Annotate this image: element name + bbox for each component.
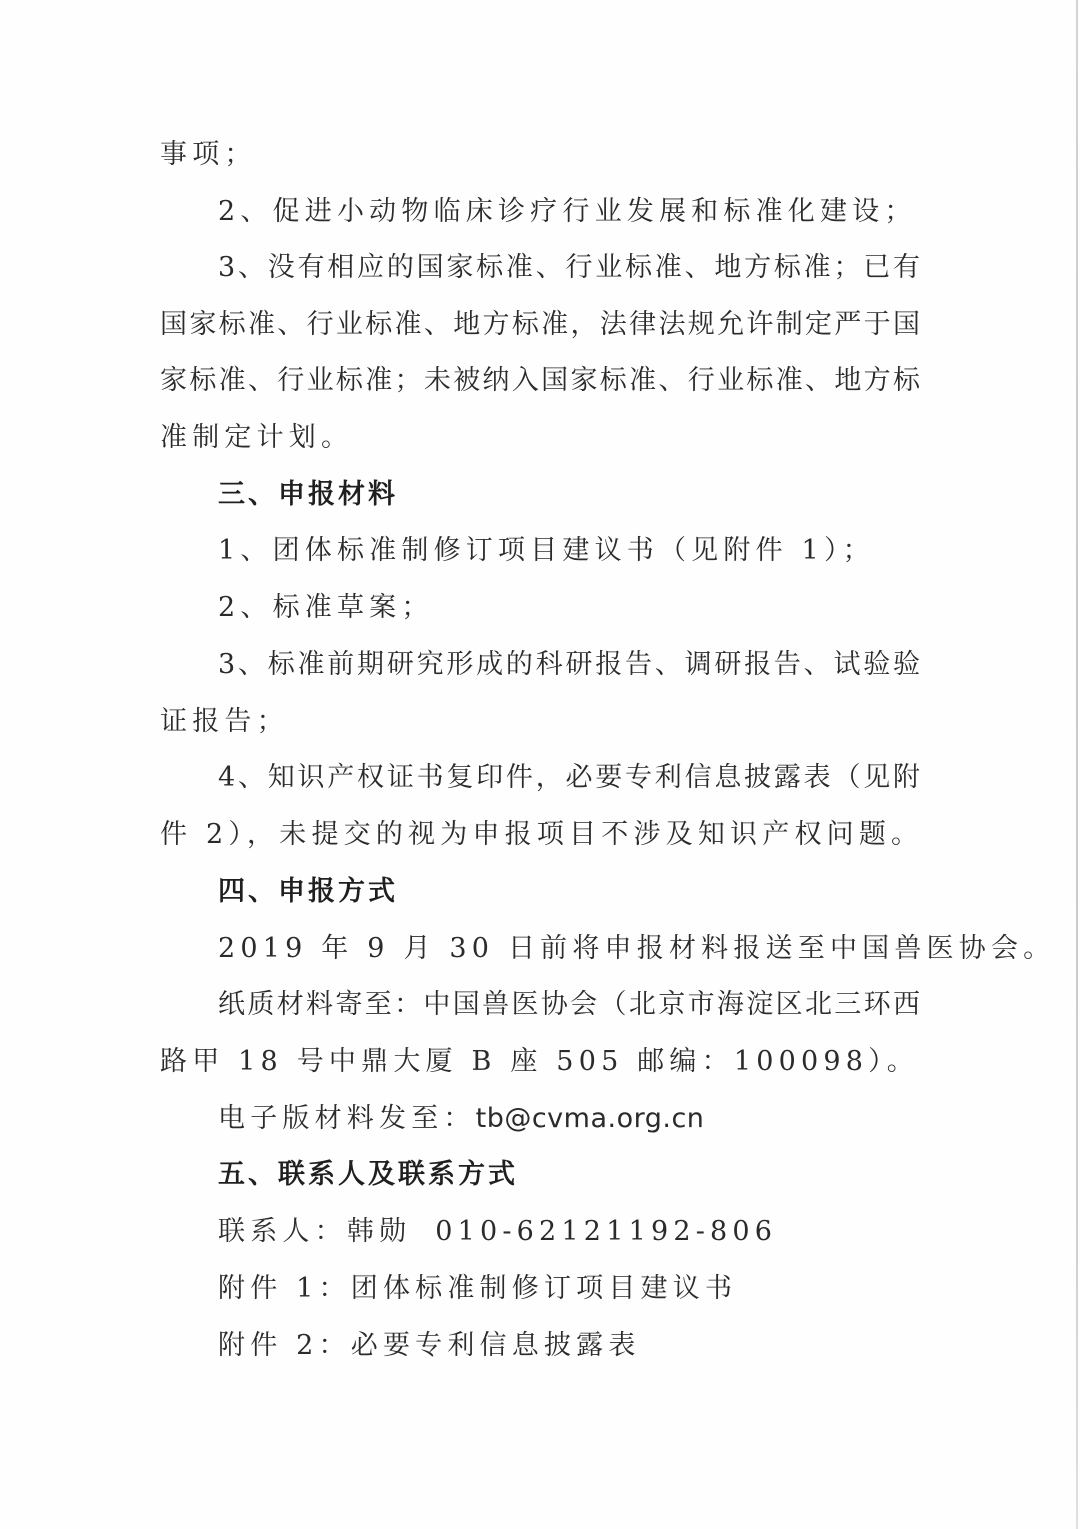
electronic-label: 电子版材料发至： — [218, 1103, 476, 1134]
contact-phone: 010-62121192-806 — [435, 1216, 777, 1247]
materials-item-3-line1: 3、标准前期研究形成的科研报告、调研报告、试验验 — [218, 645, 920, 685]
materials-item-3-line2: 证报告； — [160, 702, 920, 742]
scan-edge-line — [1076, 0, 1078, 1529]
document-page: 事项； 2、促进小动物临床诊疗行业发展和标准化建设； 3、没有相应的国家标准、行… — [0, 0, 1080, 1529]
materials-item-2: 2、标准草案； — [218, 588, 920, 628]
materials-item-4-line1: 4、知识产权证书复印件，必要专利信息披露表（见附 — [218, 758, 920, 798]
section-heading-submission: 四、申报方式 — [218, 872, 920, 912]
requirement-item-3-line1: 3、没有相应的国家标准、行业标准、地方标准；已有 — [218, 248, 920, 288]
paper-address-line2: 路甲 18 号中鼎大厦 B 座 505 邮编：100098）。 — [160, 1042, 920, 1082]
requirement-item-2: 2、促进小动物临床诊疗行业发展和标准化建设； — [218, 192, 920, 232]
contact-label: 联系人： — [218, 1216, 347, 1247]
requirement-item-3-line2: 国家标准、行业标准、地方标准，法律法规允许制定严于国 — [160, 305, 920, 345]
materials-item-4-line2: 件 2），未提交的视为申报项目不涉及知识产权问题。 — [160, 815, 920, 855]
materials-item-1: 1、团体标准制修订项目建议书（见附件 1）； — [218, 531, 920, 571]
attachment-1: 附件 1：团体标准制修订项目建议书 — [218, 1269, 920, 1309]
paper-address-line1: 纸质材料寄至：中国兽医协会（北京市海淀区北三环西 — [218, 985, 920, 1025]
section-heading-contact: 五、联系人及联系方式 — [218, 1155, 920, 1195]
contact-line: 联系人：韩勋010-62121192-806 — [218, 1212, 920, 1252]
electronic-submission: 电子版材料发至：tb@cvma.org.cn — [218, 1099, 920, 1139]
attachment-2: 附件 2：必要专利信息披露表 — [218, 1326, 920, 1366]
contact-name: 韩勋 — [347, 1216, 411, 1247]
body-line-continuation: 事项； — [160, 135, 920, 175]
requirement-item-3-line4: 准制定计划。 — [160, 418, 920, 458]
section-heading-materials: 三、申报材料 — [218, 475, 920, 515]
submission-deadline: 2019 年 9 月 30 日前将申报材料报送至中国兽医协会。 — [218, 929, 920, 969]
email-link[interactable]: tb@cvma.org.cn — [476, 1103, 705, 1134]
requirement-item-3-line3: 家标准、行业标准；未被纳入国家标准、行业标准、地方标 — [160, 361, 920, 401]
